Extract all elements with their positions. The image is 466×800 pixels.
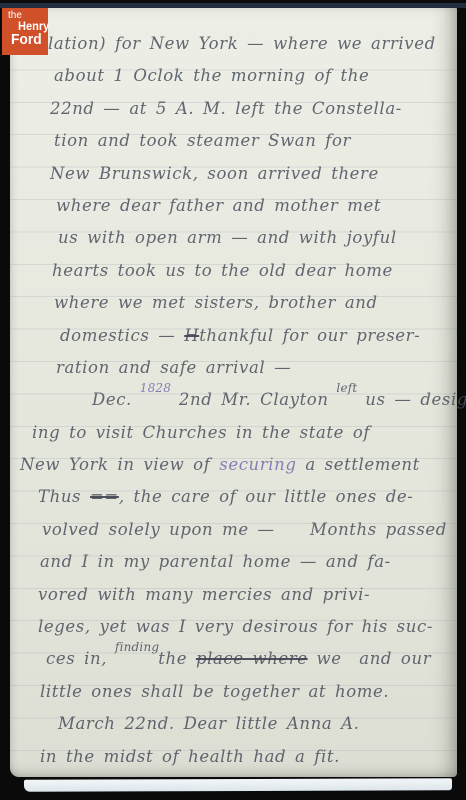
text-segment: tion and took steamer Swan for	[54, 131, 351, 150]
manuscript-line: ration and safe arrival —	[56, 352, 448, 384]
manuscript-line: where we met sisters, brother and	[54, 287, 448, 319]
manuscript-line: March 22nd. Dear little Anna A.	[58, 708, 448, 740]
text-segment: domestics —	[60, 326, 184, 345]
purple-annotation: securing	[219, 455, 296, 474]
watermark-word-ford: Ford	[11, 32, 42, 48]
text-segment: the	[158, 649, 196, 668]
text-segment: thankful for our preser-	[199, 326, 420, 345]
text-segment: lation) for New York — where we arrived	[48, 34, 436, 53]
manuscript-line: Dec. 1828 2nd Mr. Clayton left us — desi…	[92, 384, 448, 416]
inserted-word: left	[336, 381, 357, 395]
manuscript: lation) for New York — where we arriveda…	[48, 28, 448, 773]
diary-page: lation) for New York — where we arriveda…	[10, 8, 457, 777]
text-segment: about 1 Oclok the morning of the	[54, 66, 369, 85]
manuscript-line: little ones shall be together at home.	[40, 676, 448, 708]
text-segment: ces in,	[46, 649, 116, 668]
underlying-page-edge	[24, 778, 452, 791]
text-segment: us — design-	[356, 390, 466, 409]
text-segment: hearts took us to the old dear home	[52, 261, 393, 280]
manuscript-line: Thus ==, the care of our little ones de-	[38, 481, 448, 513]
text-segment: 22nd — at 5 A. M. left the Constella-	[50, 99, 402, 118]
text-segment: us with open arm — and with joyful	[58, 228, 397, 247]
manuscript-line: about 1 Oclok the morning of the	[54, 60, 448, 92]
text-segment: volved solely upon me — Months passed	[42, 520, 447, 539]
manuscript-line: where dear father and mother met	[56, 190, 448, 222]
manuscript-line: and I in my parental home — and fa-	[40, 546, 448, 578]
text-segment: leges, yet was I very desirous for his s…	[38, 617, 433, 636]
manuscript-line: vored with many mercies and privi-	[38, 579, 448, 611]
manuscript-line: volved solely upon me — Months passed	[42, 514, 448, 546]
text-segment: ing to visit Churches in the state of	[32, 423, 370, 442]
inserted-word: finding	[115, 640, 159, 654]
inserted-word: 1828	[140, 381, 171, 395]
text-segment: in the midst of health had a fit.	[40, 747, 340, 766]
text-segment: 2nd Mr. Clayton	[170, 390, 337, 409]
henry-ford-watermark: the Henry Ford	[2, 8, 48, 55]
manuscript-line: us with open arm — and with joyful	[58, 222, 448, 254]
watermark-word-henry: Henry	[18, 19, 49, 33]
manuscript-line: New York in view of securing a settlemen…	[20, 449, 448, 481]
struck-word: place where	[196, 649, 308, 668]
text-segment: ration and safe arrival —	[56, 358, 291, 377]
manuscript-line: lation) for New York — where we arrived	[48, 28, 448, 60]
text-segment: where we met sisters, brother and	[54, 293, 378, 312]
manuscript-line: leges, yet was I very desirous for his s…	[38, 611, 448, 643]
text-segment: and I in my parental home — and fa-	[40, 552, 391, 571]
manuscript-line: New Brunswick, soon arrived there	[50, 158, 448, 190]
manuscript-photo: lation) for New York — where we arriveda…	[0, 0, 466, 800]
text-segment: a settlement	[297, 455, 420, 474]
struck-word: H	[184, 326, 199, 345]
text-segment: where dear father and mother met	[56, 196, 381, 215]
manuscript-line: tion and took steamer Swan for	[54, 125, 448, 157]
manuscript-line: in the midst of health had a fit.	[40, 741, 448, 773]
manuscript-line: ing to visit Churches in the state of	[32, 417, 448, 449]
text-segment: we and our	[308, 649, 432, 668]
manuscript-line: hearts took us to the old dear home	[52, 255, 448, 287]
manuscript-line: ces in, findingthe place where we and ou…	[46, 643, 448, 675]
text-segment: , the care of our little ones de-	[119, 487, 414, 506]
manuscript-line: domestics — Hthankful for our preser-	[60, 320, 448, 352]
text-segment: Dec.	[92, 390, 141, 409]
struck-word: ==	[90, 487, 119, 506]
text-segment: vored with many mercies and privi-	[38, 585, 370, 604]
text-segment: March 22nd. Dear little Anna A.	[58, 714, 359, 733]
manuscript-line: 22nd — at 5 A. M. left the Constella-	[50, 93, 448, 125]
text-segment: little ones shall be together at home.	[40, 682, 389, 701]
text-segment: New Brunswick, soon arrived there	[50, 164, 379, 183]
text-segment: Thus	[38, 487, 90, 506]
text-segment: New York in view of	[20, 455, 219, 474]
